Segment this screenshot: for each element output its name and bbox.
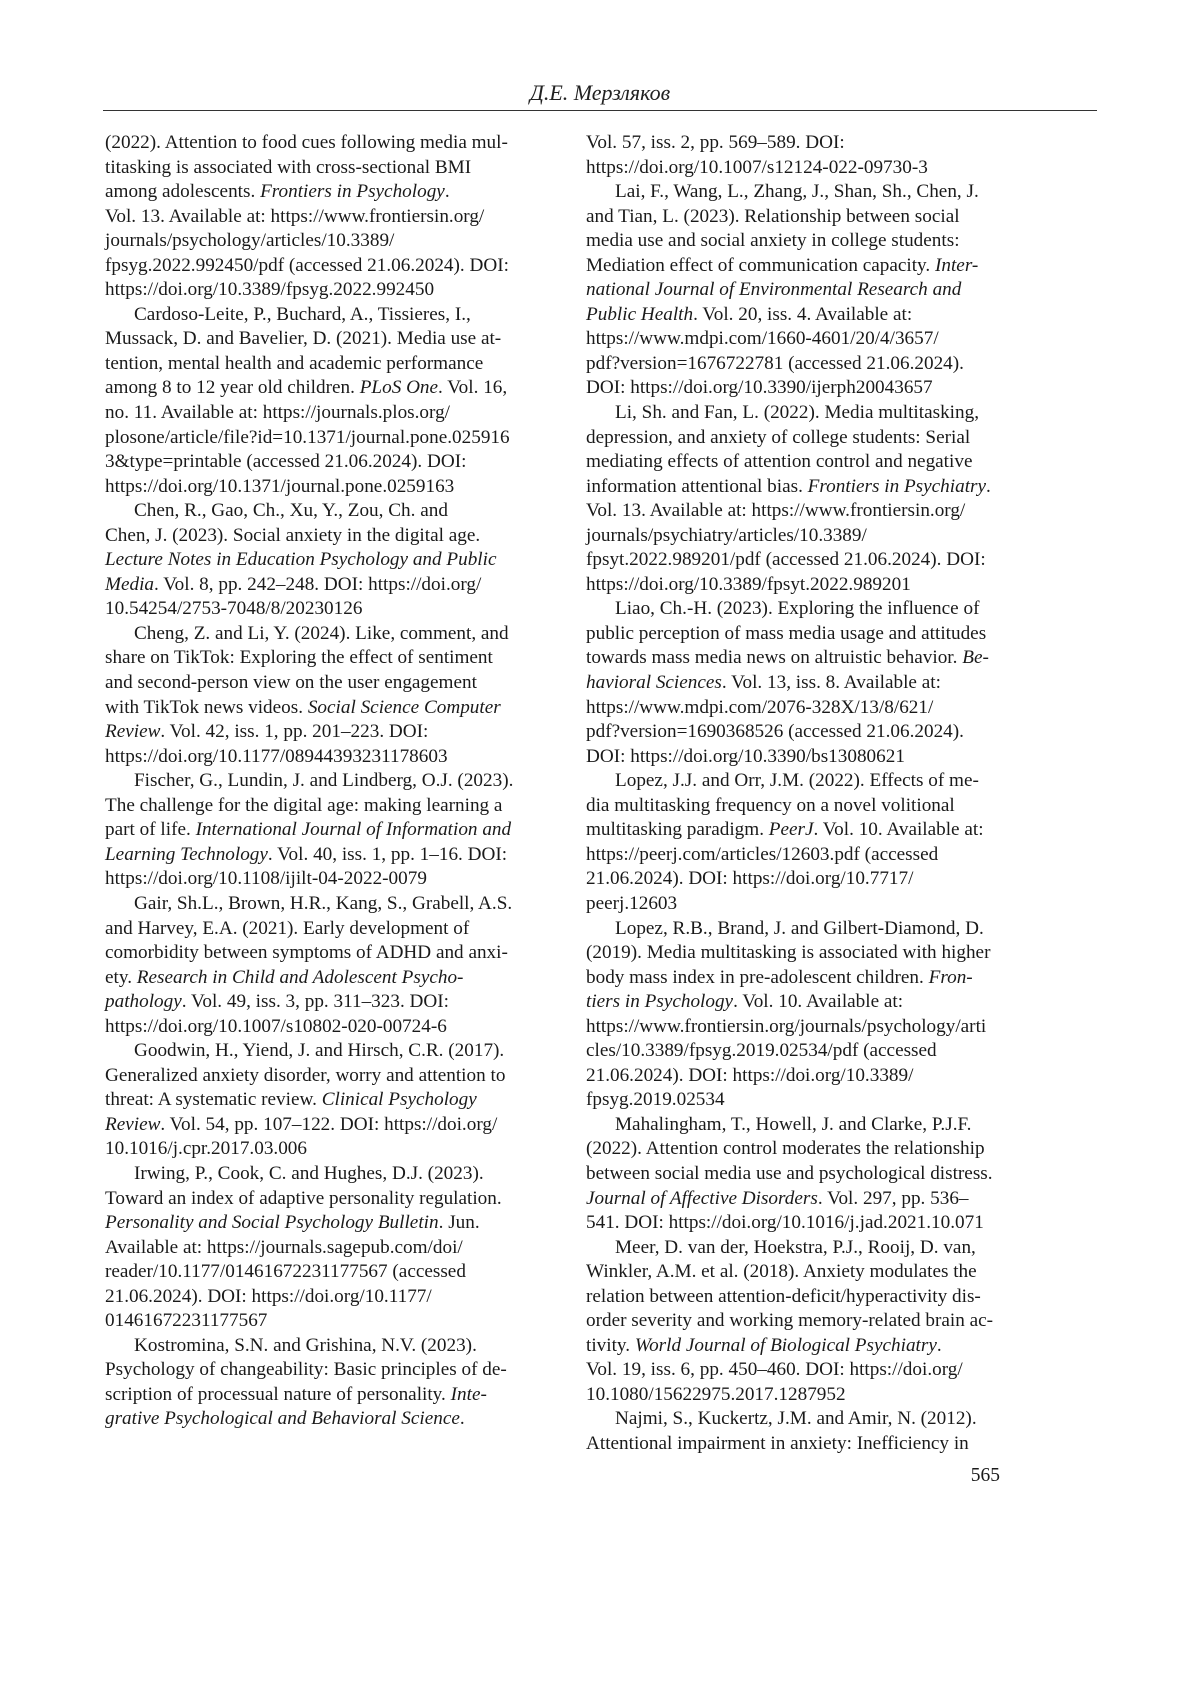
page-number: 565 [960, 1463, 1000, 1489]
reference-line: information attentional bias. Frontiers … [586, 475, 1088, 500]
reference-line: media use and social anxiety in college … [586, 229, 1088, 254]
journal-title: Review [105, 1114, 160, 1135]
reference-line: 541. DOI: https://doi.org/10.1016/j.jad.… [586, 1211, 1088, 1236]
reference-text: share on TikTok: Exploring the effect of… [105, 647, 493, 668]
reference-text: Vol. 13. Available at: https://www.front… [586, 500, 965, 521]
reference-text: pdf?version=1690368526 (accessed 21.06.2… [586, 721, 964, 742]
reference-text: DOI: https://doi.org/10.3390/bs13080621 [586, 746, 905, 767]
journal-title: PLoS One [360, 377, 438, 398]
reference-text: (2019). Media multitasking is associated… [586, 942, 990, 963]
reference-line: among adolescents. Frontiers in Psycholo… [105, 180, 567, 205]
reference-text: ety. [105, 967, 137, 988]
reference-text: Vol. 19, iss. 6, pp. 450–460. DOI: https… [586, 1359, 963, 1380]
reference-text: fpsyt.2022.989201/pdf (accessed 21.06.20… [586, 549, 986, 570]
reference-text: titasking is associated with cross-secti… [105, 157, 471, 178]
reference-text: DOI: https://doi.org/10.3390/ijerph20043… [586, 377, 933, 398]
reference-text: plosone/article/file?id=10.1371/journal.… [105, 427, 510, 448]
reference-text: . Vol. 49, iss. 3, pp. 311–323. DOI: [182, 991, 449, 1012]
reference-entry-start: Fischer, G., Lundin, J. and Lindberg, O.… [105, 769, 567, 794]
reference-line: Learning Technology. Vol. 40, iss. 1, pp… [105, 843, 567, 868]
reference-line: https://doi.org/10.1371/journal.pone.025… [105, 475, 567, 500]
reference-entry-start: Gair, Sh.L., Brown, H.R., Kang, S., Grab… [105, 892, 567, 917]
reference-line: https://doi.org/10.1007/s10802-020-00724… [105, 1015, 567, 1040]
reference-line: journals/psychology/articles/10.3389/ [105, 229, 567, 254]
reference-line: cles/10.3389/fpsyg.2019.02534/pdf (acces… [586, 1039, 1088, 1064]
reference-line: (2022). Attention to food cues following… [105, 131, 567, 156]
reference-text: (2022). Attention control moderates the … [586, 1138, 985, 1159]
journal-title: Inte- [451, 1384, 487, 1405]
reference-text: . [460, 1408, 465, 1429]
reference-text: 21.06.2024). DOI: https://doi.org/10.771… [586, 868, 913, 889]
reference-line: order severity and working memory-relate… [586, 1309, 1088, 1334]
reference-line: 10.1016/j.cpr.2017.03.006 [105, 1137, 567, 1162]
reference-line: body mass index in pre-adolescent childr… [586, 966, 1088, 991]
reference-text: Vol. 13. Available at: https://www.front… [105, 206, 484, 227]
reference-line: Chen, J. (2023). Social anxiety in the d… [105, 524, 567, 549]
reference-text: Meer, D. van der, Hoekstra, P.J., Rooij,… [615, 1237, 976, 1258]
reference-text: media use and social anxiety in college … [586, 230, 960, 251]
reference-line: comorbidity between symptoms of ADHD and… [105, 941, 567, 966]
reference-text: Mussack, D. and Bavelier, D. (2021). Med… [105, 328, 501, 349]
reference-line: https://doi.org/10.3389/fpsyt.2022.98920… [586, 573, 1088, 598]
reference-text: no. 11. Available at: https://journals.p… [105, 402, 450, 423]
reference-line: https://www.frontiersin.org/journals/psy… [586, 1015, 1088, 1040]
reference-text: 01461672231177567 [105, 1310, 267, 1331]
journal-title: havioral Sciences [586, 672, 722, 693]
reference-line: mediating effects of attention control a… [586, 450, 1088, 475]
reference-text: and second-person view on the user engag… [105, 672, 477, 693]
reference-line: Vol. 13. Available at: https://www.front… [105, 205, 567, 230]
journal-title: grative Psychological and Behavioral Sci… [105, 1408, 460, 1429]
reference-line: Psychology of changeability: Basic princ… [105, 1358, 567, 1383]
reference-line: Vol. 57, iss. 2, pp. 569–589. DOI: [586, 131, 1088, 156]
reference-line: Mussack, D. and Bavelier, D. (2021). Med… [105, 327, 567, 352]
reference-text: Attentional impairment in anxiety: Ineff… [586, 1433, 969, 1454]
reference-text: . Vol. 10. Available at: [814, 819, 984, 840]
reference-line: peerj.12603 [586, 892, 1088, 917]
reference-text: fpsyg.2022.992450/pdf (accessed 21.06.20… [105, 255, 509, 276]
reference-line: https://www.mdpi.com/2076-328X/13/8/621/ [586, 696, 1088, 721]
reference-text: https://www.frontiersin.org/journals/psy… [586, 1016, 986, 1037]
reference-text: dia multitasking frequency on a novel vo… [586, 795, 955, 816]
reference-line: titasking is associated with cross-secti… [105, 156, 567, 181]
reference-line: 21.06.2024). DOI: https://doi.org/10.338… [586, 1064, 1088, 1089]
reference-line: 21.06.2024). DOI: https://doi.org/10.117… [105, 1285, 567, 1310]
reference-text: . [445, 181, 450, 202]
reference-text: 10.1080/15622975.2017.1287952 [586, 1384, 846, 1405]
reference-text: with TikTok news videos. [105, 697, 308, 718]
reference-line: tivity. World Journal of Biological Psyc… [586, 1334, 1088, 1359]
reference-line: pathology. Vol. 49, iss. 3, pp. 311–323.… [105, 990, 567, 1015]
reference-text: Chen, J. (2023). Social anxiety in the d… [105, 525, 480, 546]
reference-line: no. 11. Available at: https://journals.p… [105, 401, 567, 426]
reference-text: . Vol. 8, pp. 242–248. DOI: https://doi.… [154, 574, 481, 595]
journal-title: Public Health [586, 304, 693, 325]
reference-line: fpsyg.2019.02534 [586, 1088, 1088, 1113]
reference-line: and Harvey, E.A. (2021). Early developme… [105, 917, 567, 942]
reference-line: fpsyg.2022.992450/pdf (accessed 21.06.20… [105, 254, 567, 279]
reference-text: Kostromina, S.N. and Grishina, N.V. (202… [134, 1335, 477, 1356]
reference-line: https://peerj.com/articles/12603.pdf (ac… [586, 843, 1088, 868]
reference-text: https://doi.org/10.3389/fpsyg.2022.99245… [105, 279, 434, 300]
journal-title: Social Science Computer [308, 697, 501, 718]
reference-text: Gair, Sh.L., Brown, H.R., Kang, S., Grab… [134, 893, 512, 914]
reference-entry-start: Li, Sh. and Fan, L. (2022). Media multit… [586, 401, 1088, 426]
reference-line: (2022). Attention control moderates the … [586, 1137, 1088, 1162]
reference-text: Cheng, Z. and Li, Y. (2024). Like, comme… [134, 623, 509, 644]
reference-line: share on TikTok: Exploring the effect of… [105, 646, 567, 671]
reference-text: Liao, Ch.-H. (2023). Exploring the influ… [615, 598, 979, 619]
reference-text: Winkler, A.M. et al. (2018). Anxiety mod… [586, 1261, 977, 1282]
journal-title: Frontiers in Psychiatry [808, 476, 986, 497]
reference-line: Available at: https://journals.sagepub.c… [105, 1236, 567, 1261]
reference-text: . Vol. 54, pp. 107–122. DOI: https://doi… [160, 1114, 497, 1135]
reference-line: pdf?version=1690368526 (accessed 21.06.2… [586, 720, 1088, 745]
reference-line: depression, and anxiety of college stude… [586, 426, 1088, 451]
reference-line: Mediation effect of communication capaci… [586, 254, 1088, 279]
reference-entry-start: Meer, D. van der, Hoekstra, P.J., Rooij,… [586, 1236, 1088, 1261]
reference-text: https://www.mdpi.com/1660-4601/20/4/3657… [586, 328, 939, 349]
journal-title: Research in Child and Adolescent Psycho- [137, 967, 464, 988]
journal-title: Fron- [929, 967, 973, 988]
reference-line: multitasking paradigm. PeerJ. Vol. 10. A… [586, 818, 1088, 843]
reference-text: public perception of mass media usage an… [586, 623, 986, 644]
reference-line: Review. Vol. 42, iss. 1, pp. 201–223. DO… [105, 720, 567, 745]
reference-text: Generalized anxiety disorder, worry and … [105, 1065, 505, 1086]
reference-text: 10.54254/2753-7048/8/20230126 [105, 598, 362, 619]
reference-line: Review. Vol. 54, pp. 107–122. DOI: https… [105, 1113, 567, 1138]
journal-title: Learning Technology [105, 844, 268, 865]
reference-line: relation between attention-deficit/hyper… [586, 1285, 1088, 1310]
reference-text: towards mass media news on altruistic be… [586, 647, 962, 668]
reference-line: Journal of Affective Disorders. Vol. 297… [586, 1187, 1088, 1212]
reference-text: 3&type=printable (accessed 21.06.2024). … [105, 451, 466, 472]
reference-line: national Journal of Environmental Resear… [586, 278, 1088, 303]
reference-text: Mediation effect of communication capaci… [586, 255, 935, 276]
reference-text: mediating effects of attention control a… [586, 451, 972, 472]
reference-text: journals/psychology/articles/10.3389/ [105, 230, 394, 251]
reference-line: https://doi.org/10.1007/s12124-022-09730… [586, 156, 1088, 181]
reference-text: https://doi.org/10.1007/s10802-020-00724… [105, 1016, 447, 1037]
journal-title: Be- [962, 647, 989, 668]
reference-line: 10.1080/15622975.2017.1287952 [586, 1383, 1088, 1408]
reference-entry-start: Liao, Ch.-H. (2023). Exploring the influ… [586, 597, 1088, 622]
reference-line: Vol. 19, iss. 6, pp. 450–460. DOI: https… [586, 1358, 1088, 1383]
reference-line: between social media use and psychologic… [586, 1162, 1088, 1187]
reference-text: (2022). Attention to food cues following… [105, 132, 508, 153]
reference-line: threat: A systematic review. Clinical Ps… [105, 1088, 567, 1113]
reference-text: 10.1016/j.cpr.2017.03.006 [105, 1138, 307, 1159]
reference-line: Vol. 13. Available at: https://www.front… [586, 499, 1088, 524]
reference-line: Winkler, A.M. et al. (2018). Anxiety mod… [586, 1260, 1088, 1285]
reference-text: pdf?version=1676722781 (accessed 21.06.2… [586, 353, 964, 374]
reference-text: Cardoso-Leite, P., Buchard, A., Tissiere… [134, 304, 471, 325]
reference-text: peerj.12603 [586, 893, 677, 914]
reference-text: Available at: https://journals.sagepub.c… [105, 1237, 463, 1258]
reference-line: Toward an index of adaptive personality … [105, 1187, 567, 1212]
reference-text: among adolescents. [105, 181, 260, 202]
reference-text: between social media use and psychologic… [586, 1163, 993, 1184]
reference-entry-start: Irwing, P., Cook, C. and Hughes, D.J. (2… [105, 1162, 567, 1187]
reference-text: order severity and working memory-relate… [586, 1310, 993, 1331]
reference-line: 01461672231177567 [105, 1309, 567, 1334]
references-column-right: Vol. 57, iss. 2, pp. 569–589. DOI:https:… [586, 131, 1088, 1457]
reference-text: and Tian, L. (2023). Relationship betwee… [586, 206, 960, 227]
reference-line: Public Health. Vol. 20, iss. 4. Availabl… [586, 303, 1088, 328]
reference-text: part of life. [105, 819, 196, 840]
reference-line: Attentional impairment in anxiety: Ineff… [586, 1432, 1088, 1457]
reference-entry-start: Goodwin, H., Yiend, J. and Hirsch, C.R. … [105, 1039, 567, 1064]
running-title: Д.Е. Мерзляков [103, 78, 1097, 112]
reference-line: havioral Sciences. Vol. 13, iss. 8. Avai… [586, 671, 1088, 696]
journal-title: Inter- [935, 255, 978, 276]
reference-text: Lai, F., Wang, L., Zhang, J., Shan, Sh.,… [615, 181, 979, 202]
reference-text: 541. DOI: https://doi.org/10.1016/j.jad.… [586, 1212, 984, 1233]
reference-line: DOI: https://doi.org/10.3390/ijerph20043… [586, 376, 1088, 401]
reference-line: part of life. International Journal of I… [105, 818, 567, 843]
reference-text: and Harvey, E.A. (2021). Early developme… [105, 918, 469, 939]
reference-line: and second-person view on the user engag… [105, 671, 567, 696]
reference-entry-start: Chen, R., Gao, Ch., Xu, Y., Zou, Ch. and [105, 499, 567, 524]
reference-text: Fischer, G., Lundin, J. and Lindberg, O.… [134, 770, 513, 791]
reference-text: Psychology of changeability: Basic princ… [105, 1359, 507, 1380]
reference-entry-start: Mahalingham, T., Howell, J. and Clarke, … [586, 1113, 1088, 1138]
journal-title: Media [105, 574, 154, 595]
journal-title: International Journal of Information and [196, 819, 512, 840]
reference-text: . Vol. 16, [438, 377, 507, 398]
reference-line: https://doi.org/10.1177/0894439323117860… [105, 745, 567, 770]
reference-entry-start: Lai, F., Wang, L., Zhang, J., Shan, Sh.,… [586, 180, 1088, 205]
reference-line: reader/10.1177/01461672231177567 (access… [105, 1260, 567, 1285]
reference-entry-start: Cardoso-Leite, P., Buchard, A., Tissiere… [105, 303, 567, 328]
reference-text: tention, mental health and academic perf… [105, 353, 483, 374]
reference-line: journals/psychiatry/articles/10.3389/ [586, 524, 1088, 549]
reference-line: scription of processual nature of person… [105, 1383, 567, 1408]
journal-title: World Journal of Biological Psychiatry [635, 1335, 937, 1356]
reference-text: cles/10.3389/fpsyg.2019.02534/pdf (acces… [586, 1040, 937, 1061]
reference-text: tivity. [586, 1335, 635, 1356]
reference-text: . Vol. 13, iss. 8. Available at: [722, 672, 941, 693]
reference-line: among 8 to 12 year old children. PLoS On… [105, 376, 567, 401]
reference-line: tiers in Psychology. Vol. 10. Available … [586, 990, 1088, 1015]
journal-title: tiers in Psychology [586, 991, 733, 1012]
reference-text: . Vol. 40, iss. 1, pp. 1–16. DOI: [268, 844, 507, 865]
reference-text: among 8 to 12 year old children. [105, 377, 360, 398]
reference-line: ety. Research in Child and Adolescent Ps… [105, 966, 567, 991]
reference-text: The challenge for the digital age: makin… [105, 795, 502, 816]
journal-title: PeerJ [769, 819, 814, 840]
reference-line: plosone/article/file?id=10.1371/journal.… [105, 426, 567, 451]
reference-text: Toward an index of adaptive personality … [105, 1188, 502, 1209]
reference-text: https://doi.org/10.1007/s12124-022-09730… [586, 157, 928, 178]
reference-text: multitasking paradigm. [586, 819, 769, 840]
reference-line: (2019). Media multitasking is associated… [586, 941, 1088, 966]
reference-line: The challenge for the digital age: makin… [105, 794, 567, 819]
references-column-left: (2022). Attention to food cues following… [105, 131, 567, 1432]
reference-text: . Vol. 297, pp. 536– [818, 1188, 969, 1209]
reference-text: https://peerj.com/articles/12603.pdf (ac… [586, 844, 938, 865]
reference-line: 3&type=printable (accessed 21.06.2024). … [105, 450, 567, 475]
reference-text: . Vol. 20, iss. 4. Available at: [693, 304, 912, 325]
reference-text: depression, and anxiety of college stude… [586, 427, 970, 448]
reference-text: Najmi, S., Kuckertz, J.M. and Amir, N. (… [615, 1408, 977, 1429]
reference-line: 21.06.2024). DOI: https://doi.org/10.771… [586, 867, 1088, 892]
reference-line: tention, mental health and academic perf… [105, 352, 567, 377]
reference-text: Lopez, J.J. and Orr, J.M. (2022). Effect… [615, 770, 979, 791]
reference-text: Vol. 57, iss. 2, pp. 569–589. DOI: [586, 132, 845, 153]
reference-entry-start: Najmi, S., Kuckertz, J.M. and Amir, N. (… [586, 1407, 1088, 1432]
reference-text: https://doi.org/10.3389/fpsyt.2022.98920… [586, 574, 911, 595]
reference-text: . [937, 1335, 942, 1356]
reference-line: and Tian, L. (2023). Relationship betwee… [586, 205, 1088, 230]
reference-text: Li, Sh. and Fan, L. (2022). Media multit… [615, 402, 979, 423]
reference-text: https://www.mdpi.com/2076-328X/13/8/621/ [586, 697, 933, 718]
reference-text: journals/psychiatry/articles/10.3389/ [586, 525, 867, 546]
reference-entry-start: Kostromina, S.N. and Grishina, N.V. (202… [105, 1334, 567, 1359]
reference-line: 10.54254/2753-7048/8/20230126 [105, 597, 567, 622]
reference-entry-start: Cheng, Z. and Li, Y. (2024). Like, comme… [105, 622, 567, 647]
header-rule [103, 110, 1097, 111]
journal-title: national Journal of Environmental Resear… [586, 279, 961, 300]
journal-title: Frontiers in Psychology [260, 181, 445, 202]
reference-text: relation between attention-deficit/hyper… [586, 1286, 981, 1307]
reference-line: Lecture Notes in Education Psychology an… [105, 548, 567, 573]
reference-text: https://doi.org/10.1371/journal.pone.025… [105, 476, 454, 497]
reference-line: grative Psychological and Behavioral Sci… [105, 1407, 567, 1432]
journal-title: Clinical Psychology [322, 1089, 477, 1110]
reference-line: Media. Vol. 8, pp. 242–248. DOI: https:/… [105, 573, 567, 598]
reference-line: dia multitasking frequency on a novel vo… [586, 794, 1088, 819]
journal-title: pathology [105, 991, 182, 1012]
reference-text: Mahalingham, T., Howell, J. and Clarke, … [615, 1114, 971, 1135]
reference-text: comorbidity between symptoms of ADHD and… [105, 942, 508, 963]
reference-text: . Jun. [439, 1212, 480, 1233]
reference-entry-start: Lopez, J.J. and Orr, J.M. (2022). Effect… [586, 769, 1088, 794]
reference-text: . Vol. 42, iss. 1, pp. 201–223. DOI: [160, 721, 428, 742]
reference-line: with TikTok news videos. Social Science … [105, 696, 567, 721]
reference-text: information attentional bias. [586, 476, 808, 497]
reference-line: towards mass media news on altruistic be… [586, 646, 1088, 671]
journal-title: Lecture Notes in Education Psychology an… [105, 549, 497, 570]
reference-entry-start: Lopez, R.B., Brand, J. and Gilbert-Diamo… [586, 917, 1088, 942]
reference-text: threat: A systematic review. [105, 1089, 322, 1110]
reference-text: 21.06.2024). DOI: https://doi.org/10.338… [586, 1065, 913, 1086]
reference-line: https://doi.org/10.1108/ijilt-04-2022-00… [105, 867, 567, 892]
reference-line: pdf?version=1676722781 (accessed 21.06.2… [586, 352, 1088, 377]
reference-line: https://doi.org/10.3389/fpsyg.2022.99245… [105, 278, 567, 303]
reference-text: . Vol. 10. Available at: [733, 991, 903, 1012]
reference-line: public perception of mass media usage an… [586, 622, 1088, 647]
reference-text: Lopez, R.B., Brand, J. and Gilbert-Diamo… [615, 918, 984, 939]
reference-text: Goodwin, H., Yiend, J. and Hirsch, C.R. … [134, 1040, 504, 1061]
reference-text: https://doi.org/10.1177/0894439323117860… [105, 746, 448, 767]
reference-text: Chen, R., Gao, Ch., Xu, Y., Zou, Ch. and [134, 500, 448, 521]
reference-line: Generalized anxiety disorder, worry and … [105, 1064, 567, 1089]
reference-line: https://www.mdpi.com/1660-4601/20/4/3657… [586, 327, 1088, 352]
journal-title: Personality and Social Psychology Bullet… [105, 1212, 439, 1233]
reference-text: 21.06.2024). DOI: https://doi.org/10.117… [105, 1286, 432, 1307]
reference-text: fpsyg.2019.02534 [586, 1089, 725, 1110]
reference-line: Personality and Social Psychology Bullet… [105, 1211, 567, 1236]
reference-text: reader/10.1177/01461672231177567 (access… [105, 1261, 466, 1282]
reference-text: https://doi.org/10.1108/ijilt-04-2022-00… [105, 868, 427, 889]
reference-text: . [986, 476, 991, 497]
reference-text: body mass index in pre-adolescent childr… [586, 967, 929, 988]
reference-line: fpsyt.2022.989201/pdf (accessed 21.06.20… [586, 548, 1088, 573]
reference-line: DOI: https://doi.org/10.3390/bs13080621 [586, 745, 1088, 770]
journal-title: Journal of Affective Disorders [586, 1188, 818, 1209]
reference-text: scription of processual nature of person… [105, 1384, 451, 1405]
reference-text: Irwing, P., Cook, C. and Hughes, D.J. (2… [134, 1163, 484, 1184]
journal-title: Review [105, 721, 160, 742]
